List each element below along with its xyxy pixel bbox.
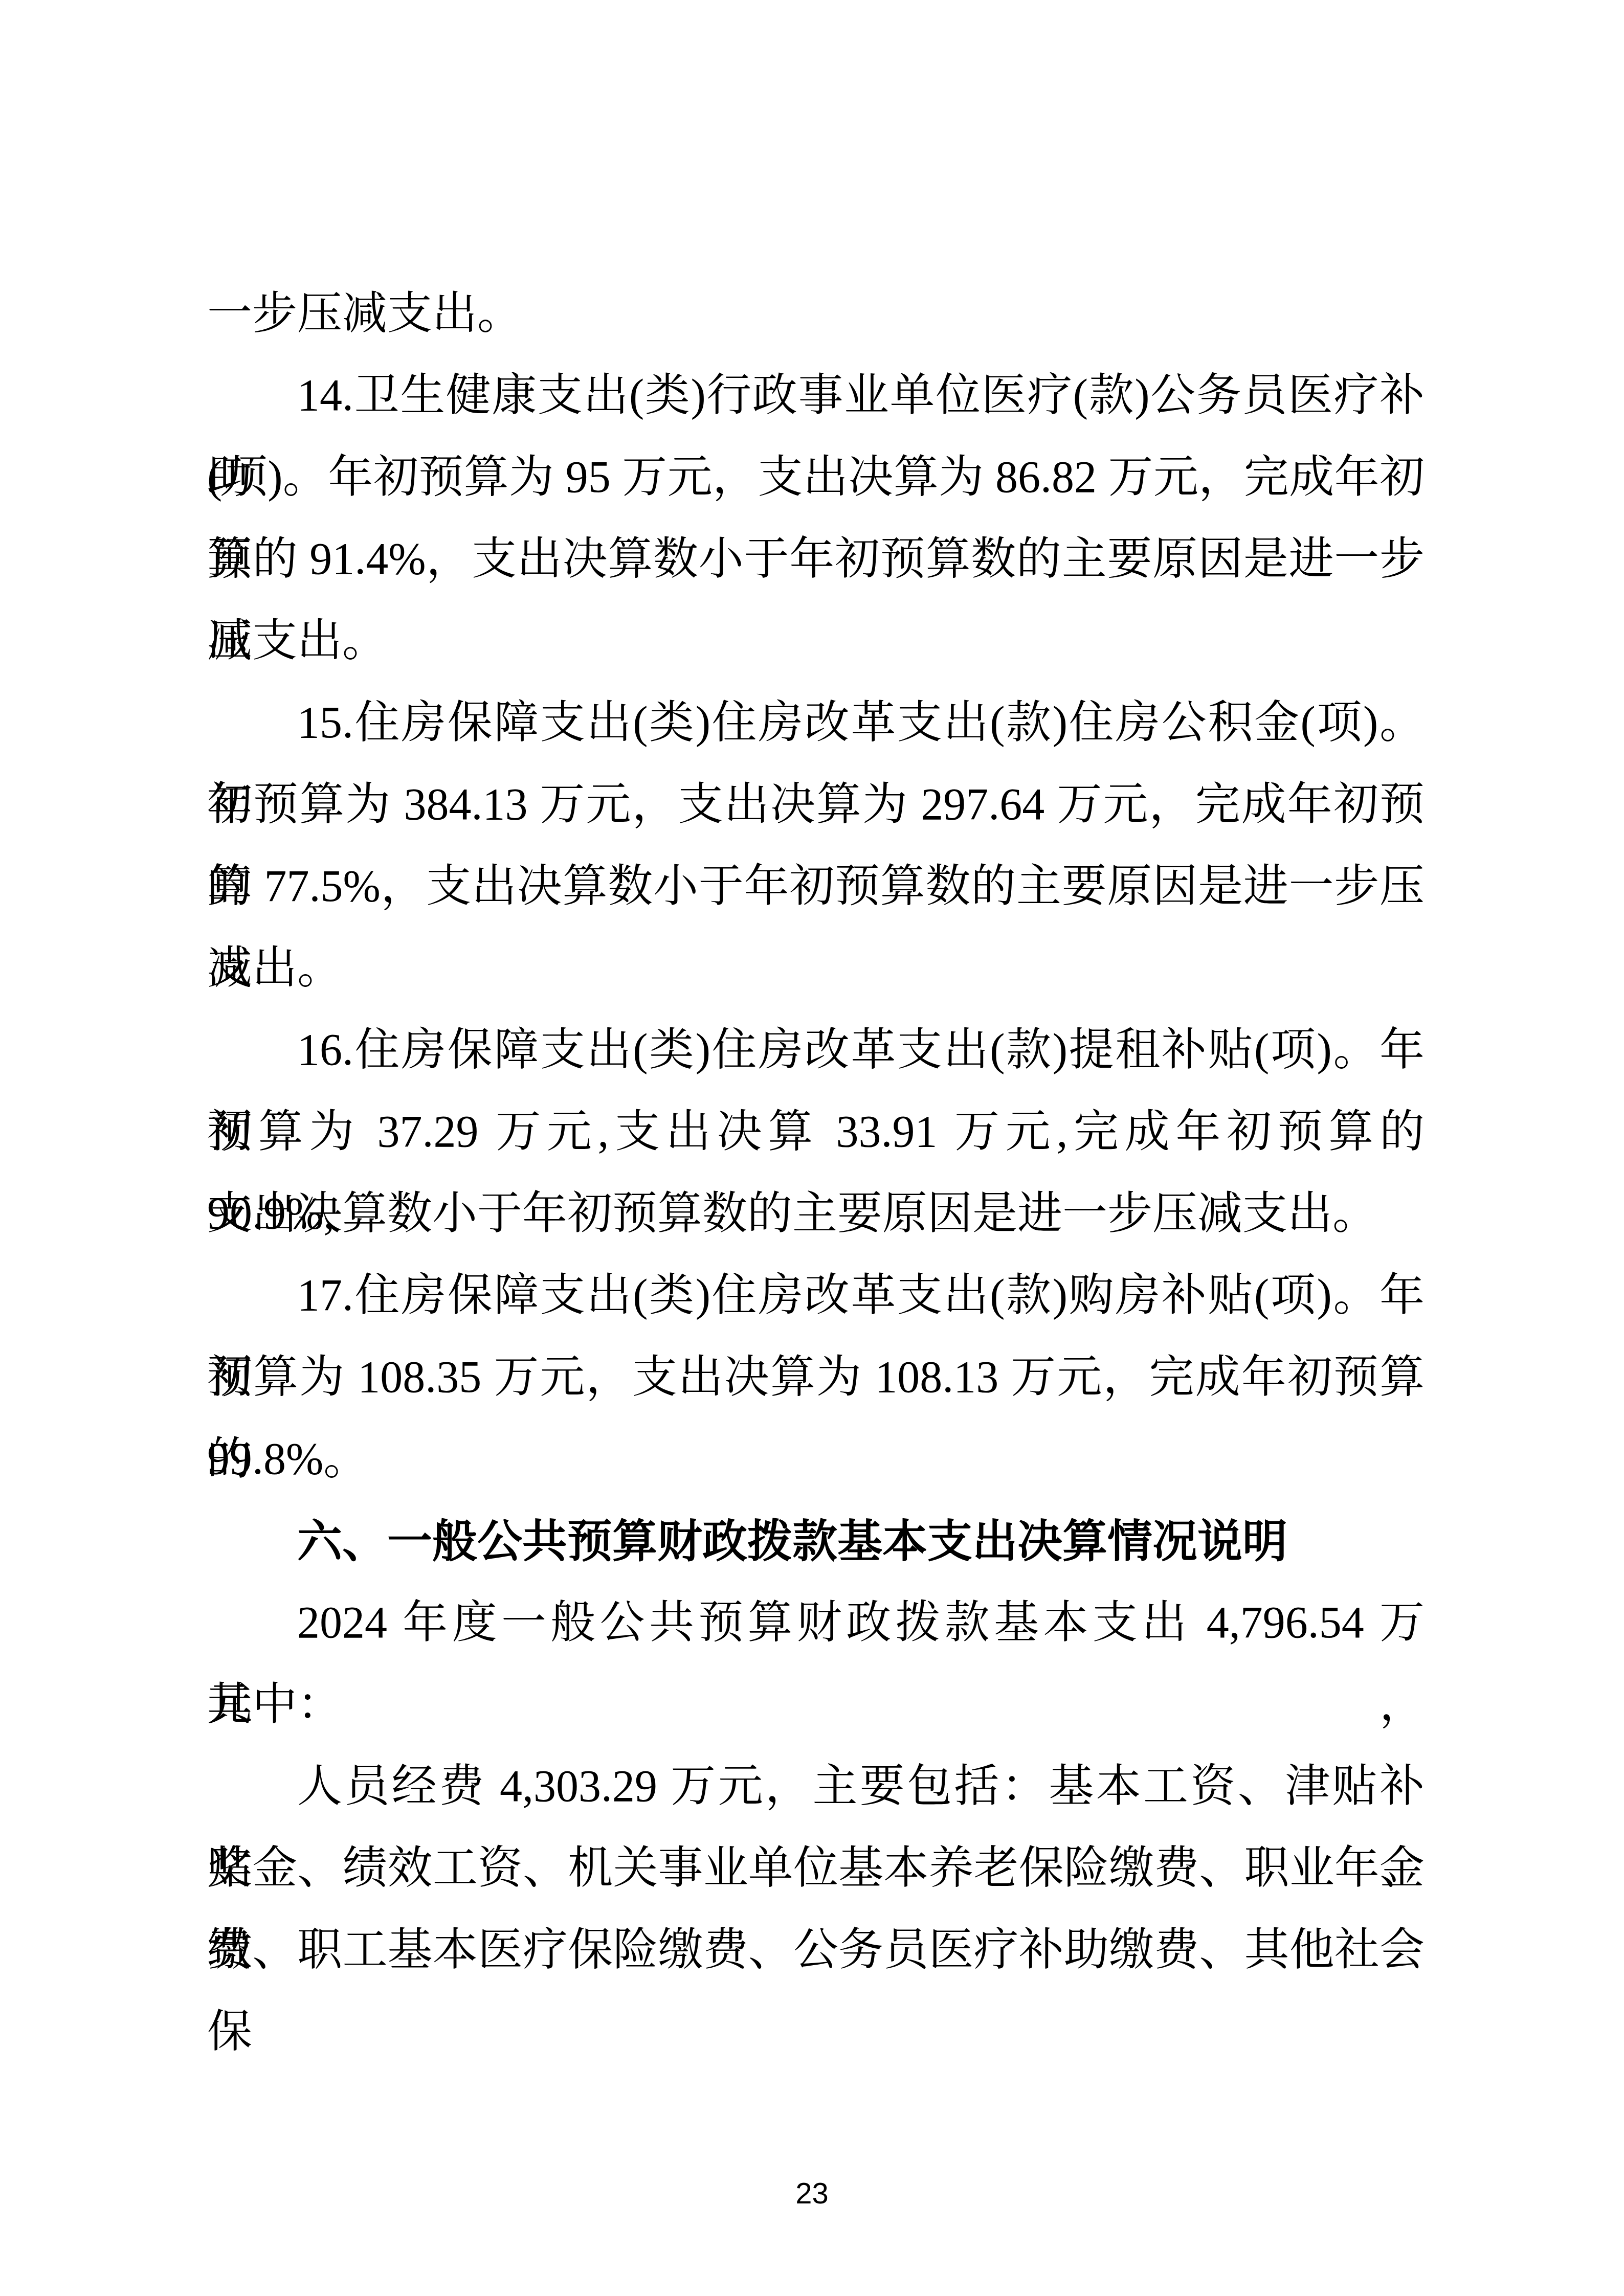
text-line: 支出。 (207, 928, 1425, 1009)
text-line: 奖金、绩效工资、机关事业单位基本养老保险缴费、职业年金缴 (207, 1828, 1425, 1909)
text-line: 预算为 37.29 万元,支出决算 33.91 万元,完成年初预算的 90.9%… (207, 1091, 1425, 1173)
page-number: 23 (0, 2177, 1624, 2210)
text-line: 17.住房保障支出(类)住房改革支出(款)购房补贴(项)。年初 (207, 1255, 1425, 1337)
text-line: (项)。年初预算为 95 万元，支出决算为 86.82 万元，完成年初预 (207, 437, 1425, 519)
document-body: 一步压减支出。 14.卫生健康支出(类)行政事业单位医疗(款)公务员医疗补助 (… (207, 273, 1425, 1991)
text-line: 99.8%。 (207, 1419, 1425, 1500)
text-line: 一步压减支出。 (207, 273, 1425, 355)
text-line: 15.住房保障支出(类)住房改革支出(款)住房公积金(项)。年 (207, 682, 1425, 764)
text-line: 2024 年度一般公共预算财政拨款基本支出 4,796.54 万元， (207, 1582, 1425, 1664)
text-line: 的 77.5%，支出决算数小于年初预算数的主要原因是进一步压减 (207, 846, 1425, 928)
text-line: 人员经费 4,303.29 万元，主要包括：基本工资、津贴补贴、 (207, 1746, 1425, 1828)
text-line: 预算为 108.35 万元，支出决算为 108.13 万元，完成年初预算的 (207, 1337, 1425, 1419)
text-line: 算的 91.4%，支出决算数小于年初预算数的主要原因是进一步压 (207, 519, 1425, 600)
document-page: 一步压减支出。 14.卫生健康支出(类)行政事业单位医疗(款)公务员医疗补助 (… (0, 0, 1624, 2296)
text-line: 费、职工基本医疗保险缴费、公务员医疗补助缴费、其他社会保 (207, 1909, 1425, 1991)
text-line: 减支出。 (207, 600, 1425, 682)
text-line: 14.卫生健康支出(类)行政事业单位医疗(款)公务员医疗补助 (207, 355, 1425, 437)
text-line: 初预算为 384.13 万元，支出决算为 297.64 万元，完成年初预算 (207, 764, 1425, 846)
text-line: 支出决算数小于年初预算数的主要原因是进一步压减支出。 (207, 1173, 1425, 1255)
section-heading: 六、一般公共预算财政拨款基本支出决算情况说明 (207, 1500, 1425, 1582)
text-line: 16.住房保障支出(类)住房改革支出(款)提租补贴(项)。年初 (207, 1009, 1425, 1091)
